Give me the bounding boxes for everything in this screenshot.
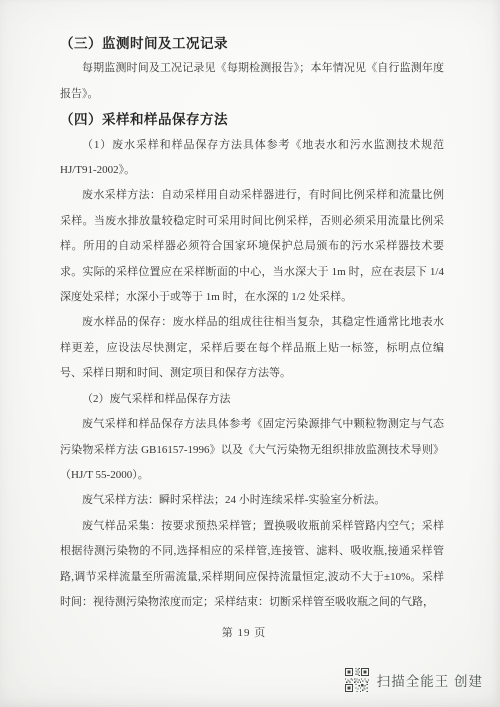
body-paragraph: （2）废气采样和样品保存方法: [60, 387, 444, 412]
body-paragraph: 废气样品采集：按要求预热采样管；置换吸收瓶前采样管路内空气；采样根据待测污染物的…: [60, 514, 444, 616]
body-paragraph: 每期监测时间及工况记录见《每期检测报告》；本年情况见《自行监测年度报告》。: [60, 56, 444, 107]
body-paragraph: 废水采样方法：自动采样用自动采样器进行，有时间比例采样和流量比例采样。当废水排放…: [60, 183, 444, 310]
qr-code-icon: [345, 668, 369, 692]
scanned-document-page: （三）监测时间及工况记录每期监测时间及工况记录见《每期检测报告》；本年情况见《自…: [0, 0, 500, 707]
page-footer: 第 19 页: [0, 624, 488, 640]
page-number: 第 19 页: [222, 627, 267, 639]
body-paragraph: 废水样品的保存：废水样品的组成往往相当复杂，其稳定性通常比地表水样更差，应设法尽…: [60, 310, 444, 386]
watermark-label: 扫描全能王 创建: [377, 670, 483, 690]
camscanner-watermark: 扫描全能王 创建: [345, 668, 483, 692]
document-content: （三）监测时间及工况记录每期监测时间及工况记录见《每期检测报告》；本年情况见《自…: [60, 31, 444, 615]
body-paragraph: 废气采样和样品保存方法具体参考《固定污染源排气中颗粒物测定与气态污染物采样方法 …: [60, 412, 444, 488]
section-heading: （三）监测时间及工况记录: [60, 31, 444, 56]
body-paragraph: 废气采样方法：瞬时采样法；24 小时连续采样-实验室分析法。: [60, 488, 444, 513]
section-heading: （四）采样和样品保存方法: [60, 107, 444, 132]
body-paragraph: （1）废水采样和样品保存方法具体参考《地表水和污水监测技术规范 HJ/T91-2…: [60, 133, 444, 184]
